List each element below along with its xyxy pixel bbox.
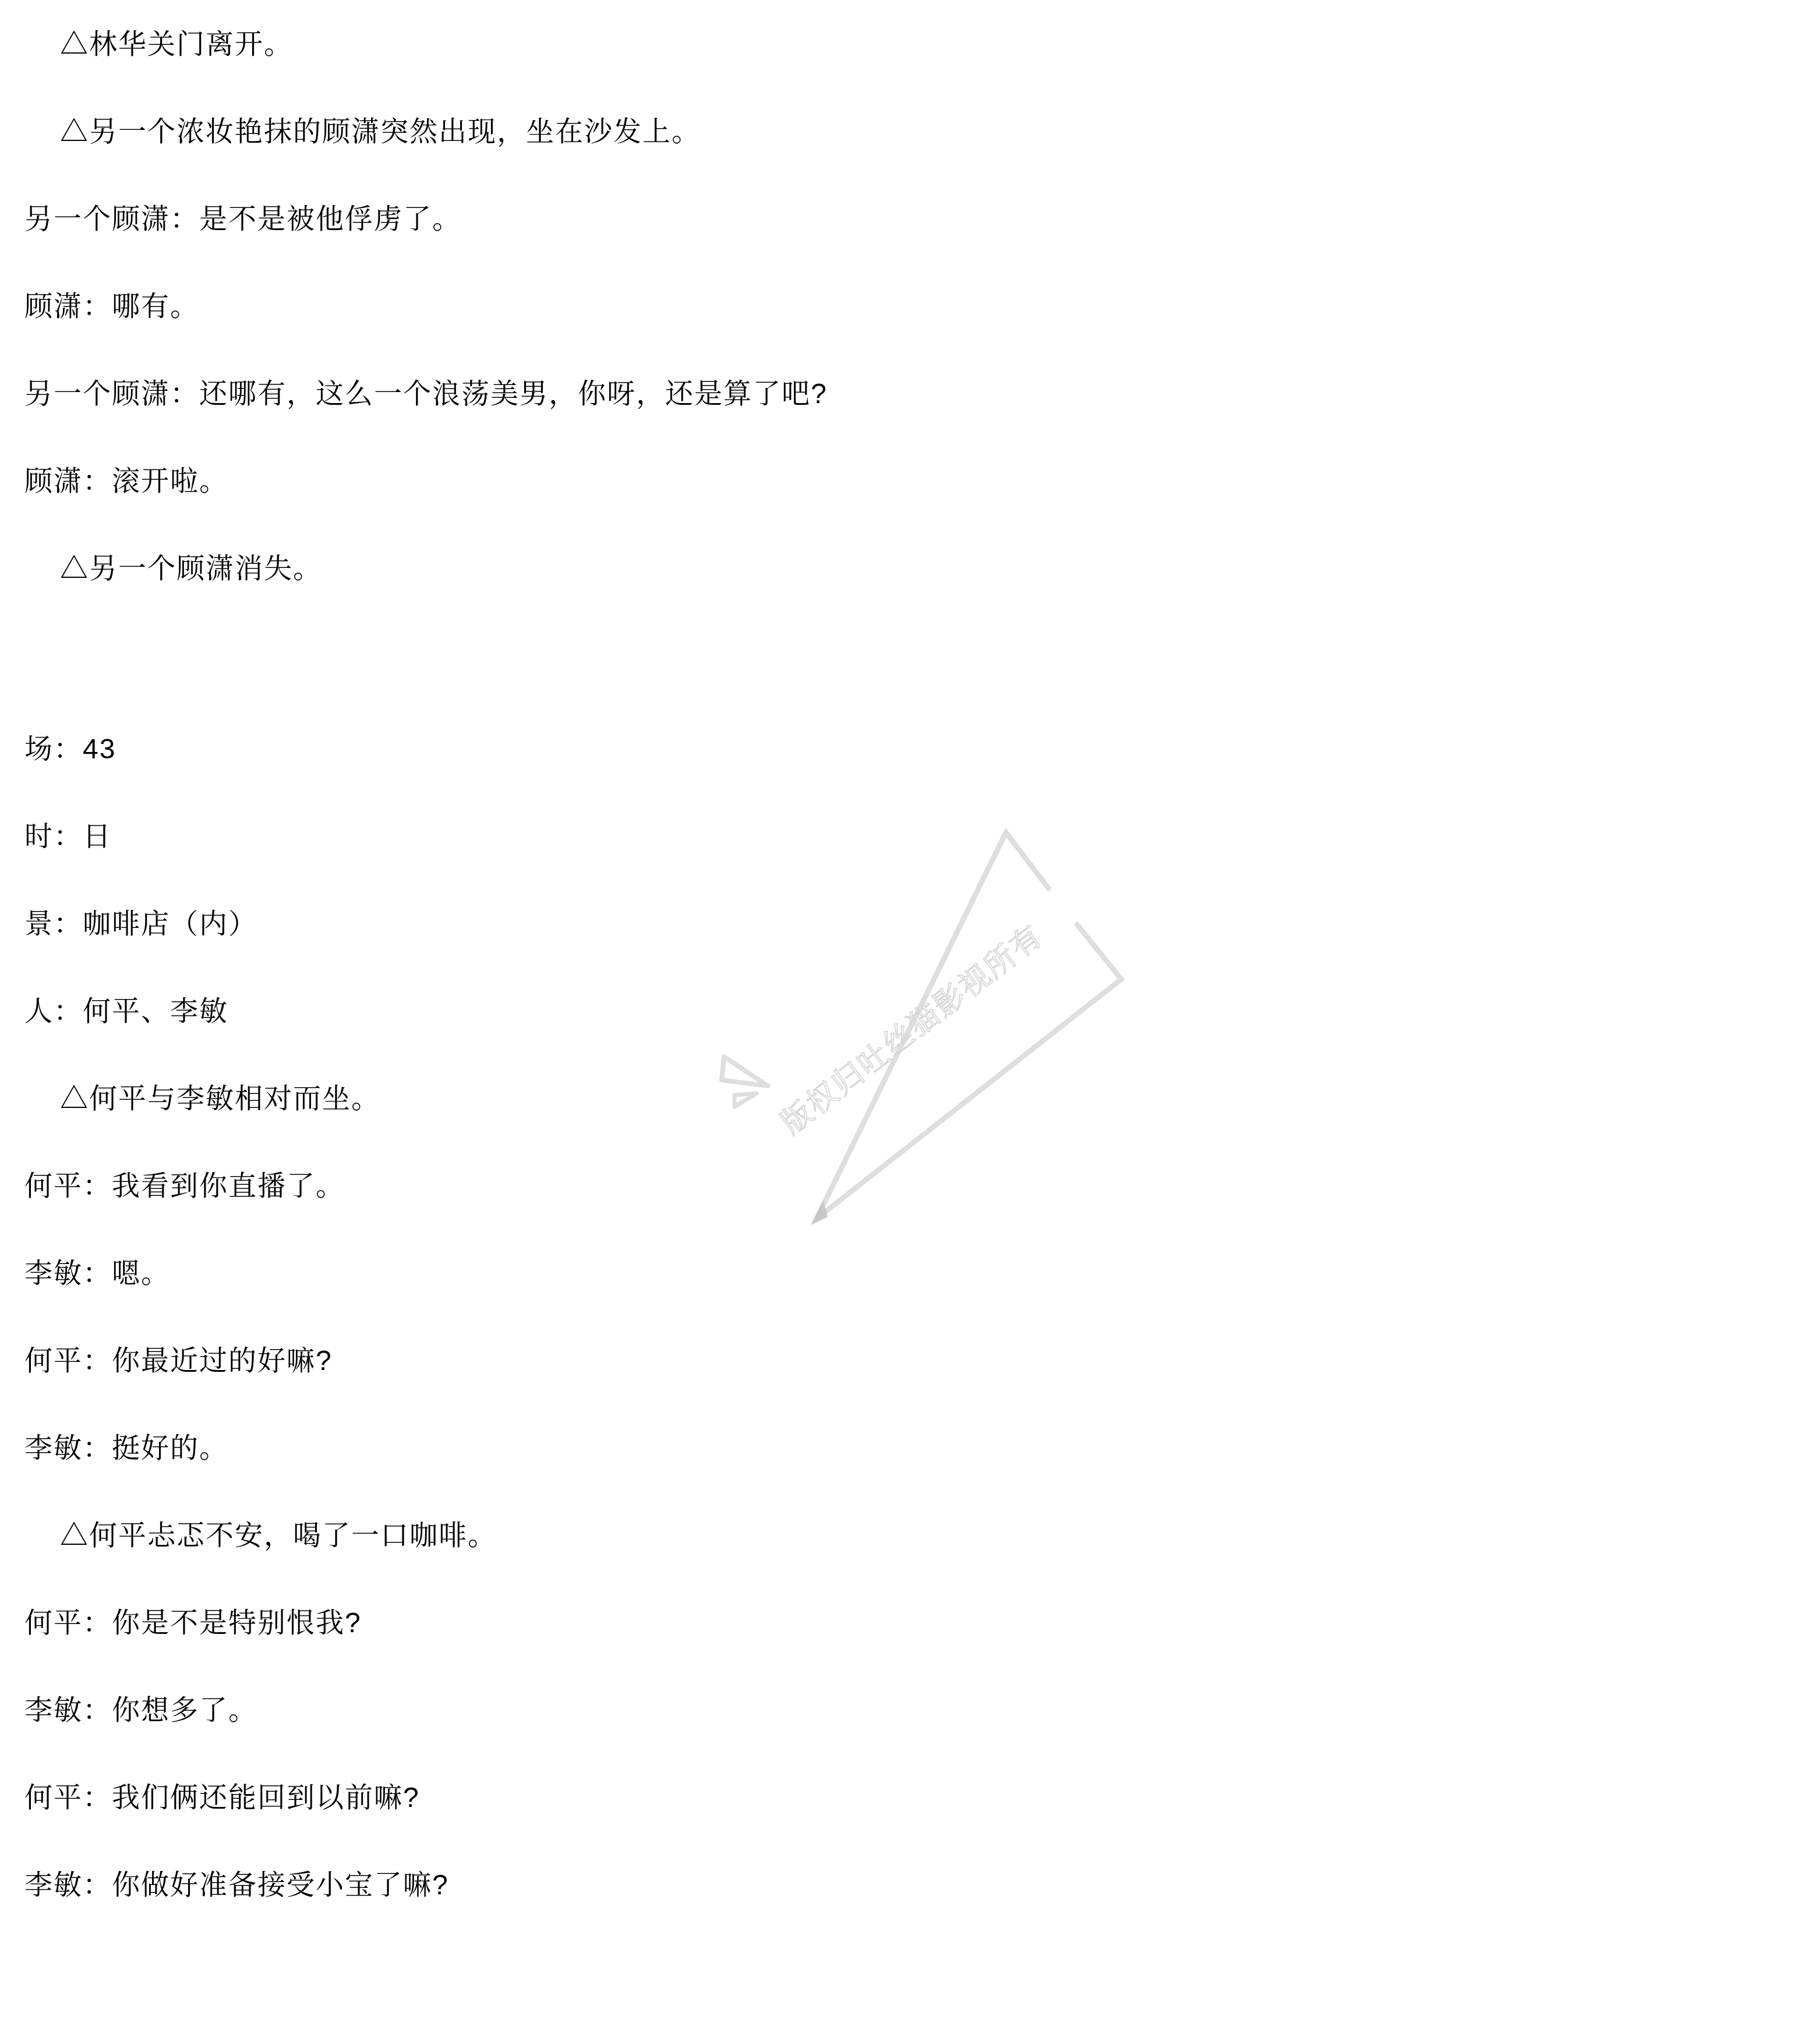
script-line-dialogue: 李敏：你做好准备接受小宝了嘛? [24,1872,1798,1900]
script-line-action: △林华关门离开。 [24,31,1798,59]
script-line-action: △另一个顾潇消失。 [24,555,1798,583]
script-line-dialogue: 何平：你最近过的好嘛? [24,1347,1798,1375]
scene-break-spacer [24,642,1798,736]
script-line-dialogue: 另一个顾潇：是不是被他俘虏了。 [24,206,1798,234]
script-line-dialogue: 另一个顾潇：还哪有，这么一个浪荡美男，你呀，还是算了吧? [24,380,1798,408]
script-line-header: 场：43 [24,736,1798,764]
script-line-dialogue: 李敏：嗯。 [24,1260,1798,1288]
script-page: △林华关门离开。△另一个浓妆艳抹的顾潇突然出现，坐在沙发上。另一个顾潇：是不是被… [0,0,1815,1959]
script-line-header: 人：何平、李敏 [24,998,1798,1026]
script-line-header: 时：日 [24,823,1798,851]
script-line-dialogue: 顾潇：哪有。 [24,293,1798,321]
script-line-action: △另一个浓妆艳抹的顾潇突然出现，坐在沙发上。 [24,118,1798,146]
script-line-dialogue: 何平：我们俩还能回到以前嘛? [24,1784,1798,1812]
script-line-action: △何平忐忑不安，喝了一口咖啡。 [24,1522,1798,1550]
script-line-dialogue: 顾潇：滚开啦。 [24,468,1798,496]
script-line-dialogue: 何平：你是不是特别恨我? [24,1609,1798,1637]
script-line-dialogue: 李敏：挺好的。 [24,1435,1798,1463]
script-line-dialogue: 李敏：你想多了。 [24,1697,1798,1725]
script-line-action: △何平与李敏相对而坐。 [24,1085,1798,1113]
script-line-dialogue: 何平：我看到你直播了。 [24,1173,1798,1201]
script-line-header: 景：咖啡店（内） [24,910,1798,938]
